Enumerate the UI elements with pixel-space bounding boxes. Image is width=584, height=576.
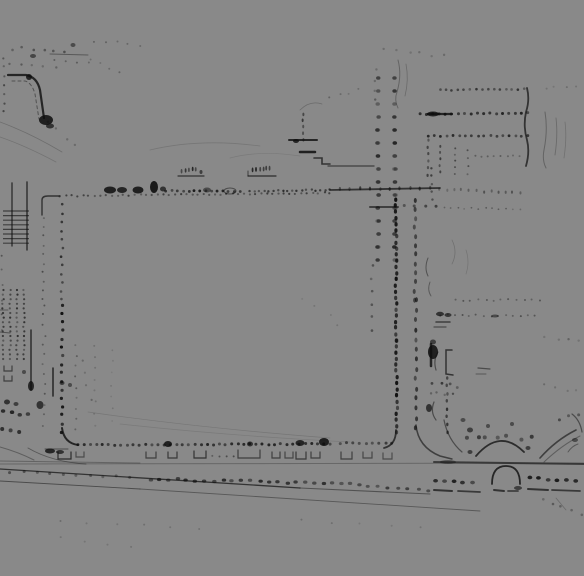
tree-row-grid <box>392 76 396 80</box>
stall-dot-col <box>454 160 456 162</box>
car-blob-row <box>9 428 13 432</box>
edge-tick-row-fading <box>498 191 500 194</box>
tree-row-grid <box>392 154 397 158</box>
loading-dock-blob <box>117 187 127 193</box>
lot-left-row-zipper <box>61 320 64 323</box>
main-drive-zipper-right <box>414 207 417 212</box>
lot-bottom-zipper <box>89 443 92 446</box>
stall-dot-col <box>427 159 429 162</box>
stall-dot-col <box>427 152 429 155</box>
stall-dot-col <box>430 190 432 192</box>
faint-row-dots <box>520 315 522 317</box>
road-car-row <box>433 479 438 483</box>
lot-left-row-zipper <box>61 328 64 331</box>
lot-bottom-zipper <box>113 444 116 447</box>
divider-end-blob <box>28 381 34 391</box>
lot-top-edge-dashes <box>83 194 85 196</box>
main-drive-zipper-left <box>394 203 397 207</box>
lot-bottom-zipper <box>101 443 104 446</box>
lot-bottom-zipper <box>329 443 332 446</box>
lot-top-edge-zipper <box>193 189 196 192</box>
stall-dot-col <box>439 151 441 154</box>
tree-row-grid <box>376 141 381 145</box>
stall-dots <box>219 455 221 457</box>
branch-dot-col <box>446 399 448 403</box>
lot-left-edge-dots <box>43 281 45 283</box>
faint-stripe-col <box>94 356 96 358</box>
road-car-row <box>267 480 271 483</box>
lot-top-edge-dashes <box>140 193 142 195</box>
car-blob <box>4 400 10 405</box>
car-blob <box>68 383 72 387</box>
tree-speck-row <box>32 49 35 52</box>
branch-dot-col <box>446 376 448 380</box>
drive-row-dots <box>446 135 449 138</box>
main-drive-zipper-left <box>396 375 399 379</box>
road-car-row <box>275 480 279 483</box>
road-car-row <box>293 480 297 483</box>
tree-dot <box>468 450 473 454</box>
stall-dot-col <box>431 198 433 200</box>
faint-speck-row <box>575 85 577 87</box>
median-block <box>428 345 438 359</box>
lot-left-row-dots <box>61 221 64 224</box>
inner-row-dots <box>75 408 77 410</box>
stall-dot-col <box>439 164 441 167</box>
lot-bottom-zipper <box>131 443 134 446</box>
second-row-dots <box>444 207 446 209</box>
car-blob <box>514 486 522 490</box>
stall-dot-col <box>454 173 456 175</box>
drive-row-dots <box>501 134 504 137</box>
speck-trail <box>74 144 76 146</box>
left-edge-dots <box>2 57 4 59</box>
left-edge-dots <box>3 65 5 67</box>
lot-top-edge-dashes <box>157 193 159 195</box>
inner-row-dots <box>74 344 76 346</box>
lot-top-edge-zipper <box>198 190 201 193</box>
faint-stripe-col <box>93 345 95 347</box>
lot-left-row-dots <box>60 230 63 233</box>
drive-row-dots <box>452 134 455 137</box>
inner-row-dots <box>74 375 76 377</box>
parking-stall-grid <box>1 303 3 305</box>
faint-stripe-col <box>112 360 114 362</box>
rooftop-unit-ticks <box>263 167 265 172</box>
rooftop-unit-ticks <box>195 167 197 171</box>
main-drive-zipper-right <box>415 308 418 313</box>
main-drive-zipper-left <box>395 271 398 275</box>
junction-smudge <box>440 460 456 464</box>
main-drive-zipper-right <box>414 376 417 381</box>
parking-stall-grid <box>10 340 12 342</box>
lot-left-row-dots <box>60 273 63 276</box>
lot-left-edge-dots <box>43 353 45 355</box>
lot-bottom-zipper <box>351 441 354 444</box>
main-drive-zipper-left <box>395 424 398 428</box>
road-car-row <box>452 479 457 483</box>
road-car-row <box>222 478 226 481</box>
faint-row-dots <box>483 315 485 317</box>
main-drive-zipper-left <box>394 332 397 336</box>
rooftop-unit-ticks <box>259 167 261 172</box>
parking-stall-grid <box>16 330 18 332</box>
edge-tick-row <box>379 187 381 191</box>
edge-oval-mark <box>203 188 211 193</box>
main-drive-zipper-left <box>394 198 397 202</box>
branch-dot-col <box>446 407 448 411</box>
lot-bottom-zipper <box>279 442 282 445</box>
drive-row-dots <box>482 112 485 115</box>
drive-row-dots <box>523 87 526 90</box>
loading-dock-blob <box>104 187 116 194</box>
tree-dot <box>510 422 514 426</box>
edge-tick-row <box>398 186 400 190</box>
second-row-dots <box>505 208 507 210</box>
lot-top-edge-dashes <box>180 193 182 195</box>
parking-stall-grid <box>16 321 18 323</box>
parking-stall-grid <box>1 307 3 309</box>
lot-top-edge-dashes <box>87 195 89 197</box>
lot-top-edge-zipper <box>227 190 230 193</box>
road-car-row <box>357 483 361 486</box>
faint-stripe-col <box>110 385 112 387</box>
drive-row-dots <box>488 112 491 115</box>
faint-speck-cluster <box>330 314 332 316</box>
parking-stall-grid <box>9 317 11 319</box>
tree-dot-row <box>519 438 523 442</box>
lot-top-edge-dashes <box>317 192 319 194</box>
main-drive-zipper-left <box>394 222 397 226</box>
lot-left-row-zipper <box>61 304 64 307</box>
parking-stall-grid <box>16 353 18 355</box>
tree-speck-row <box>31 64 33 66</box>
tree-speck <box>30 54 36 58</box>
inner-row-dots <box>75 418 77 420</box>
speck-trail <box>55 127 57 129</box>
faint-row-dots <box>524 299 526 301</box>
drive-row-dots <box>481 88 484 91</box>
faint-speck-row <box>570 509 573 512</box>
lot-top-edge-dashes <box>294 193 296 195</box>
faint-speck-row <box>60 536 62 538</box>
drive-row-dots <box>462 88 465 91</box>
road-car-row <box>239 479 243 482</box>
tree-row-grid <box>376 89 380 93</box>
tree-speck-row <box>8 63 10 65</box>
main-drive-zipper-left <box>394 209 397 213</box>
inner-row-dots <box>74 428 76 430</box>
lot-top-edge-dashes <box>99 195 101 197</box>
main-drive-zipper-right <box>415 356 418 361</box>
faint-row-dots <box>512 154 514 156</box>
tree-dot <box>461 418 466 422</box>
tree-dot <box>467 428 473 433</box>
faint-row-dots <box>499 298 501 300</box>
faint-speck-row <box>382 48 384 50</box>
parking-stall-grid <box>3 298 5 300</box>
road-car-row <box>536 476 541 480</box>
lot-bottom-zipper <box>181 443 184 446</box>
lot-top-edge-dashes <box>65 194 67 196</box>
lot-top-edge-dashes <box>267 190 269 192</box>
main-drive-zipper-right <box>413 225 416 230</box>
parking-stall-grid <box>8 349 10 351</box>
stall-dot-col <box>467 157 469 159</box>
parking-stall-grid <box>2 340 4 342</box>
main-drive-zipper-right <box>414 395 417 400</box>
tree-row-grid <box>376 193 381 197</box>
edge-tick-row <box>359 186 361 190</box>
branch-dot-col <box>445 414 447 418</box>
drive-row-dots <box>445 88 448 91</box>
branch-dot-col <box>446 423 448 427</box>
curb-dots <box>76 62 78 64</box>
lot-top-edge-dashes <box>272 190 274 192</box>
lot-top-edge-dashes <box>277 189 279 191</box>
lot-top-edge-dashes <box>282 190 284 192</box>
faint-row-dots <box>469 300 471 302</box>
branch-dot-col <box>446 392 448 396</box>
lot-top-edge-dashes <box>70 194 72 196</box>
drive-row-dots <box>499 88 502 91</box>
lot-top-edge-dashes <box>94 195 96 197</box>
lot-top-edge-dashes <box>237 193 239 195</box>
faint-speck-row <box>340 93 342 95</box>
inner-row-dots <box>76 397 78 399</box>
stall-dot-col <box>467 165 469 167</box>
lot-top-edge-dashes <box>249 193 251 195</box>
drive-row-dots <box>464 134 467 137</box>
faint-speck-row <box>409 51 411 53</box>
road-car-row <box>366 485 370 488</box>
drive-row-dots <box>463 112 466 115</box>
second-row-dots <box>463 208 465 210</box>
drive-row-dots <box>507 112 510 115</box>
main-drive-zipper-left <box>395 393 398 397</box>
parking-stall-grid <box>9 294 11 296</box>
drive-row-dots <box>495 112 498 115</box>
lot-bottom-zipper <box>150 443 153 446</box>
faint-speck-row <box>84 541 86 543</box>
road-corner-blob <box>26 74 32 80</box>
speck-cluster <box>431 382 434 385</box>
lot-left-row-dots <box>60 290 63 293</box>
drive-row-dots <box>476 112 479 115</box>
edge-tick-row <box>389 187 391 191</box>
drive-row-dots <box>490 134 493 137</box>
lot-top-edge-dashes <box>301 189 303 191</box>
drive-row-dots <box>439 135 442 138</box>
loading-dock-tower <box>150 181 158 193</box>
road-car-row <box>442 479 447 483</box>
faint-stripe-col <box>93 413 95 415</box>
lot-left-edge-dots <box>43 217 45 219</box>
parking-stall-grid <box>22 289 24 291</box>
faint-speck-cluster <box>82 360 84 362</box>
lot-bottom-zipper <box>242 443 245 446</box>
drive-row-dots <box>458 134 461 137</box>
lot-left-row-dots <box>60 298 63 301</box>
road-car-row <box>101 475 104 478</box>
lot-top-edge-dashes <box>260 192 262 194</box>
road-end-blob <box>39 115 53 125</box>
zipper-blob <box>247 442 253 447</box>
rooftop-unit-ticks <box>265 166 267 171</box>
stall-dot-col <box>426 174 428 177</box>
tree-speck-row <box>11 49 14 52</box>
main-drive-zipper-left <box>395 313 398 317</box>
car-blob-row <box>10 410 14 414</box>
tree-row-grid <box>375 219 380 223</box>
tree-speck-row <box>117 41 119 43</box>
parking-stall-grid <box>23 340 25 342</box>
stall-dot-col <box>430 167 432 169</box>
sparse-tree-col <box>371 329 374 332</box>
curb-dots <box>65 60 67 62</box>
parking-stall-grid <box>16 340 18 342</box>
car-blob <box>14 402 19 406</box>
lot-top-edge-dashes <box>277 192 279 194</box>
lot-top-edge-dashes <box>76 195 78 197</box>
faint-row-dots <box>512 315 514 317</box>
faint-speck-row <box>328 96 330 98</box>
edge-tick-row-fading <box>446 189 448 192</box>
parking-stall-grid <box>23 358 25 360</box>
tree-speck-row <box>20 46 23 49</box>
main-drive-zipper-left <box>394 308 397 312</box>
parking-stall-grid <box>15 344 17 346</box>
drive-row-dots <box>457 89 460 92</box>
parking-stall-grid <box>16 312 18 314</box>
row-blob <box>491 315 499 318</box>
main-drive-zipper-right <box>414 338 417 343</box>
main-drive-zipper-right <box>414 279 417 284</box>
lot-left-row-dots <box>60 255 63 258</box>
road-car-row <box>348 482 352 485</box>
main-drive-zipper-left <box>394 228 397 232</box>
road-car-row <box>376 485 380 488</box>
tree-speck <box>71 43 76 47</box>
drive-row-dots <box>419 112 422 115</box>
rooftop-unit-ticks <box>255 167 257 172</box>
second-row-dots <box>450 207 452 209</box>
road-car-row <box>176 477 180 480</box>
parking-stall-grid <box>22 353 24 355</box>
left-edge-dots <box>2 110 4 112</box>
lot-bottom-zipper <box>175 443 178 446</box>
faint-speck-row <box>418 51 420 53</box>
faint-speck-row <box>106 544 108 546</box>
speck-trail <box>90 58 92 60</box>
main-drive-zipper-left <box>395 381 398 385</box>
tree-dot-row <box>567 414 570 417</box>
speck-trail <box>99 62 101 64</box>
main-drive-zipper-left <box>394 216 397 220</box>
main-drive-zipper-right <box>415 416 418 421</box>
edge-tick-row <box>429 186 431 190</box>
tree-dot <box>486 424 490 428</box>
lot-bottom-zipper <box>254 443 257 446</box>
lot-top-edge-dashes <box>258 190 260 192</box>
lot-left-edge-dots <box>43 263 45 265</box>
drive-row-dots <box>433 134 436 137</box>
drive-row-dots <box>508 134 511 137</box>
lot-left-edge-dots <box>42 313 44 315</box>
lot-top-edge-zipper <box>164 190 167 193</box>
parking-stall-grid <box>23 298 25 300</box>
car-blob-row <box>26 412 30 416</box>
lot-left-edge-dots <box>42 253 44 255</box>
lot-bottom-zipper <box>206 443 209 446</box>
main-drive-zipper-left <box>394 351 397 355</box>
road-car-row <box>426 489 430 492</box>
tree-dot <box>526 446 531 450</box>
tree-row-grid <box>392 115 396 119</box>
curb-dots <box>53 59 55 61</box>
faint-speck-row <box>566 86 568 88</box>
main-drive-zipper-right <box>414 234 417 239</box>
speck-cluster <box>444 394 446 396</box>
road-car-row <box>166 478 170 481</box>
car-dash <box>552 490 580 491</box>
edge-tick-row-fading <box>453 188 455 191</box>
faint-row-dots <box>499 155 501 157</box>
faint-stripe-col <box>94 425 96 427</box>
entrance-dot-col <box>302 131 304 135</box>
lot-bottom-zipper <box>144 443 147 446</box>
road-car-row <box>23 470 26 473</box>
sparse-tree-col <box>371 290 374 293</box>
main-drive-zipper-left <box>395 277 398 281</box>
faint-speck-row <box>60 520 62 522</box>
faint-row-dots <box>477 298 479 300</box>
lot-top-edge-dashes <box>208 194 210 196</box>
loading-dock-blob <box>133 187 144 194</box>
main-drive-zipper-right <box>415 297 418 302</box>
lot-top-edge-zipper <box>182 190 185 193</box>
lot-left-row-zipper <box>60 363 63 366</box>
faint-speck-row <box>331 522 333 524</box>
tree-row-grid <box>375 102 379 106</box>
sparse-tree-col <box>372 264 375 267</box>
stall-dot-col <box>427 166 429 169</box>
car-blob-row <box>1 409 5 413</box>
lot-bottom-zipper <box>138 444 141 447</box>
faint-stripe-col <box>94 379 96 381</box>
main-drive-zipper-left <box>395 417 398 421</box>
lot-bottom-zipper <box>156 443 159 446</box>
left-edge-dots <box>2 284 4 286</box>
stall-dot-col <box>454 166 456 168</box>
road-car-row <box>417 488 421 491</box>
faint-speck-row <box>395 49 397 51</box>
lot-top-edge-dashes <box>300 192 302 194</box>
parking-stall-grid <box>9 326 11 328</box>
faint-stripe-col <box>111 420 113 422</box>
second-row-dashes <box>424 205 427 208</box>
edge-tick-row <box>409 186 411 190</box>
second-row-dots <box>498 208 500 210</box>
lot-top-edge-dashes <box>286 190 288 192</box>
lot-bottom-zipper <box>371 442 374 445</box>
faint-speck-row <box>116 523 118 525</box>
lot-bottom-zipper <box>385 442 388 445</box>
parking-stall-grid <box>16 294 18 296</box>
main-drive-zipper-right <box>414 317 417 322</box>
edge-tick-row <box>339 187 341 191</box>
drive-row-dots <box>505 88 508 91</box>
